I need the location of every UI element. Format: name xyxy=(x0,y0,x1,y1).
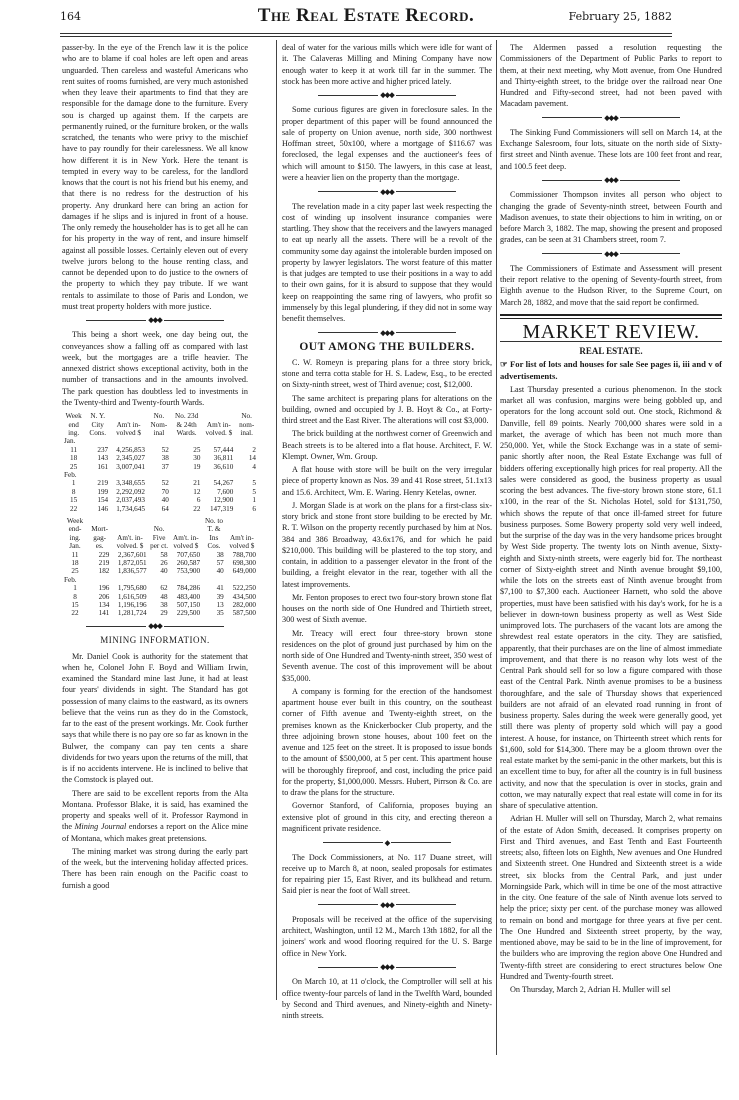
table-cell: 14 xyxy=(235,454,258,462)
table-header: Am't in- volved $ xyxy=(110,412,147,437)
month-label: Jan. xyxy=(62,437,85,445)
table-row: 11961,795,68062784,28641522,250 xyxy=(62,584,258,592)
table-row: 251821,836,57740753,90040649,000 xyxy=(62,567,258,575)
table-cell: 12,900 xyxy=(202,496,235,504)
column-left: passer-by. In the eye of the French law … xyxy=(62,42,248,893)
table-cell: 7,600 xyxy=(202,488,235,496)
article-paragraph: The brick building at the northwest corn… xyxy=(282,428,492,462)
table-cell: 206 xyxy=(88,593,111,601)
section-divider: ◆◆◆ xyxy=(500,114,722,122)
table-header: Am't in- volved $ xyxy=(226,517,258,551)
article-paragraph: Mr. Treacy will erect four three-story b… xyxy=(282,628,492,684)
table-cell: 434,500 xyxy=(226,593,258,601)
table-cell: 507,150 xyxy=(170,601,203,609)
section-divider: ◆◆◆ xyxy=(282,91,492,99)
table-cell: 19 xyxy=(171,463,203,471)
table-cell: 788,700 xyxy=(226,551,258,559)
month-label: Feb. xyxy=(62,471,85,479)
table-cell: 48 xyxy=(149,593,170,601)
table-cell: 229 xyxy=(88,551,111,559)
table-cell: 219 xyxy=(88,559,111,567)
table-cell: 784,286 xyxy=(170,584,203,592)
table-cell: 5 xyxy=(235,479,258,487)
section-divider: ◆◆◆ xyxy=(500,250,722,258)
article-paragraph: The Dock Commissioners, at No. 117 Duane… xyxy=(282,852,492,897)
table-cell: 1,616,509 xyxy=(111,593,148,601)
article-paragraph: passer-by. In the eye of the French law … xyxy=(62,42,248,312)
table-cell: 698,300 xyxy=(226,559,258,567)
article-paragraph: J. Morgan Slade is at work on the plans … xyxy=(282,500,492,590)
table-cell: 38 xyxy=(149,601,170,609)
table-cell: 707,650 xyxy=(170,551,203,559)
article-paragraph: Governor Stanford, of California, propos… xyxy=(282,800,492,834)
article-paragraph: The Sinking Fund Commissioners will sell… xyxy=(500,127,722,172)
table-cell: 3,007,041 xyxy=(110,463,147,471)
table-cell: 3,348,655 xyxy=(110,479,147,487)
table-cell: 282,000 xyxy=(226,601,258,609)
issue-date: February 25, 1882 xyxy=(569,10,672,23)
table-cell: 2,292,092 xyxy=(110,488,147,496)
table-header: No. nom- inal. xyxy=(235,412,258,437)
table-cell: 40 xyxy=(202,567,226,575)
table-cell: 29 xyxy=(149,609,170,617)
table-cell: 587,500 xyxy=(226,609,258,617)
article-paragraph: A company is forming for the erection of… xyxy=(282,686,492,799)
table-cell: 57 xyxy=(202,559,226,567)
table-cell: 483,400 xyxy=(170,593,203,601)
month-label: Feb. xyxy=(62,576,88,584)
table-row: 251613,007,041371936,6104 xyxy=(62,463,258,471)
table-header: Am't. in- volved. $ xyxy=(111,517,148,551)
table-cell: 5 xyxy=(235,488,258,496)
table-cell: 40 xyxy=(149,567,170,575)
table-header: Week end ing. xyxy=(62,412,85,437)
section-divider: ◆◆◆ xyxy=(282,963,492,971)
section-heading-mining: MINING INFORMATION. xyxy=(62,635,248,646)
table-cell: 1,836,577 xyxy=(111,567,148,575)
table-cell: 6 xyxy=(171,496,203,504)
table-cell: 161 xyxy=(85,463,110,471)
advertisement-note: ☞ For list of lots and houses for sale S… xyxy=(500,359,722,382)
table-cell: 143 xyxy=(85,454,110,462)
table-cell: 753,900 xyxy=(170,567,203,575)
conveyances-table: Week end ing. N. Y. City Cons. Am't in- … xyxy=(62,412,258,513)
table-cell: 1,872,051 xyxy=(111,559,148,567)
table-row: 182191,872,05126260,58757698,300 xyxy=(62,559,258,567)
table-cell: 70 xyxy=(147,488,171,496)
subheading-real-estate: REAL ESTATE. xyxy=(500,346,722,357)
table-cell: 15 xyxy=(62,496,85,504)
table-cell: 25 xyxy=(171,446,203,454)
table-cell: 26 xyxy=(149,559,170,567)
table-header: Week end- ing. Jan. xyxy=(62,517,88,551)
table-cell: 38 xyxy=(202,551,226,559)
table-cell: 4,256,853 xyxy=(110,446,147,454)
column-right: The Aldermen passed a resolution request… xyxy=(500,42,722,997)
table-cell: 62 xyxy=(149,584,170,592)
table-cell: 1,281,724 xyxy=(111,609,148,617)
month-label-row: Feb. xyxy=(62,576,258,584)
table-row: 81992,292,09270127,6005 xyxy=(62,488,258,496)
table-cell: 1,196,196 xyxy=(111,601,148,609)
section-divider: ◆◆◆ xyxy=(62,622,248,630)
table-row: 12193,348,655522154,2675 xyxy=(62,479,258,487)
article-paragraph: Some curious figures are given in forecl… xyxy=(282,104,492,183)
table-cell: 57,444 xyxy=(202,446,235,454)
article-paragraph: The Aldermen passed a resolution request… xyxy=(500,42,722,110)
table-cell: 146 xyxy=(85,505,110,513)
table-cell: 2 xyxy=(235,446,258,454)
table-cell: 11 xyxy=(62,551,88,559)
table-cell: 182 xyxy=(88,567,111,575)
table-cell: 147,319 xyxy=(202,505,235,513)
table-cell: 22 xyxy=(171,505,203,513)
article-paragraph: The mining market was strong during the … xyxy=(62,846,248,891)
table-header: No. to T. & Ins Cos. xyxy=(202,517,226,551)
table-cell: 64 xyxy=(147,505,171,513)
table-cell: 237 xyxy=(85,446,110,454)
table-row: 151542,037,49340612,9001 xyxy=(62,496,258,504)
table-cell: 25 xyxy=(62,463,85,471)
table-cell: 18 xyxy=(62,559,88,567)
table-header: Am't. in- volved $ xyxy=(170,517,203,551)
table-cell: 30 xyxy=(171,454,203,462)
table-cell: 37 xyxy=(147,463,171,471)
article-paragraph: Last Thursday presented a curious phenom… xyxy=(500,384,722,812)
section-divider: ◆◆◆ xyxy=(282,187,492,195)
section-divider: ◆◆◆ xyxy=(500,176,722,184)
table-row: 221461,734,6456422147,3196 xyxy=(62,505,258,513)
table-cell: 8 xyxy=(62,488,85,496)
table-cell: 21 xyxy=(171,479,203,487)
table-cell: 1 xyxy=(62,584,88,592)
publication-title: Mining Journal xyxy=(75,822,127,831)
table-cell: 25 xyxy=(62,567,88,575)
masthead-rule xyxy=(60,33,672,37)
mortgages-table: Week end- ing. Jan. Mort- gag- es. Am't.… xyxy=(62,517,258,618)
table-cell: 22 xyxy=(62,505,85,513)
table-cell: 1,734,645 xyxy=(110,505,147,513)
article-paragraph: The Commissioners of Estimate and Assess… xyxy=(500,263,722,308)
table-header: N. Y. City Cons. xyxy=(85,412,110,437)
table-cell: 35 xyxy=(202,609,226,617)
table-header: No. 23d & 24th Wards. xyxy=(171,412,203,437)
section-divider: ◆◆◆ xyxy=(62,316,248,324)
table-cell: 2,367,601 xyxy=(111,551,148,559)
section-divider: ◆◆◆ xyxy=(282,901,492,909)
table-cell: 260,587 xyxy=(170,559,203,567)
table-cell: 1,795,680 xyxy=(111,584,148,592)
section-rule xyxy=(500,314,722,319)
table-cell: 36,610 xyxy=(202,463,235,471)
article-paragraph: On March 10, at 11 o'clock, the Comptrol… xyxy=(282,976,492,1021)
table-cell: 22 xyxy=(62,609,88,617)
table-header: No. Five per ct. xyxy=(149,517,170,551)
table-header: Am't in- volved. $ xyxy=(202,412,235,437)
article-paragraph: On Thursday, March 2, Adrian H. Muller w… xyxy=(500,984,722,995)
month-label-row: Jan. xyxy=(62,437,258,445)
article-paragraph: A flat house with store will be built on… xyxy=(282,464,492,498)
table-cell: 1 xyxy=(62,479,85,487)
pointing-hand-icon: ☞ xyxy=(500,359,508,369)
table-cell: 52 xyxy=(147,446,171,454)
article-paragraph: This being a short week, one day being o… xyxy=(62,329,248,408)
table-cell: 4 xyxy=(235,463,258,471)
article-paragraph: Proposals will be received at the office… xyxy=(282,914,492,959)
article-paragraph: Commissioner Thompson invites all person… xyxy=(500,189,722,245)
table-row: 181432,345,027383036,81114 xyxy=(62,454,258,462)
article-paragraph: deal of water for the various mills whic… xyxy=(282,42,492,87)
article-paragraph: The same architect is preparing plans fo… xyxy=(282,393,492,427)
table-cell: 40 xyxy=(147,496,171,504)
table-row: 112292,367,60158707,65038788,700 xyxy=(62,551,258,559)
table-cell: 8 xyxy=(62,593,88,601)
table-cell: 38 xyxy=(147,454,171,462)
table-row: 82061,616,50948483,40039434,500 xyxy=(62,593,258,601)
table-cell: 199 xyxy=(85,488,110,496)
table-cell: 649,000 xyxy=(226,567,258,575)
table-cell: 52 xyxy=(147,479,171,487)
article-paragraph: C. W. Romeyn is preparing plans for a th… xyxy=(282,357,492,391)
table-cell: 134 xyxy=(88,601,111,609)
section-divider: ◆ xyxy=(282,838,492,846)
table-cell: 2,345,027 xyxy=(110,454,147,462)
table-cell: 196 xyxy=(88,584,111,592)
table-header: No. Nom- inal xyxy=(147,412,171,437)
table-cell: 229,500 xyxy=(170,609,203,617)
table-cell: 2,037,493 xyxy=(110,496,147,504)
table-row: 112374,256,853522557,4442 xyxy=(62,446,258,454)
table-header: Mort- gag- es. xyxy=(88,517,111,551)
table-cell: 1 xyxy=(235,496,258,504)
section-heading-builders: OUT AMONG THE BUILDERS. xyxy=(282,342,492,353)
table-cell: 12 xyxy=(171,488,203,496)
ad-note-text: For list of lots and houses for sale See… xyxy=(500,359,722,380)
table-row: 221411,281,72429229,50035587,500 xyxy=(62,609,258,617)
table-cell: 54,267 xyxy=(202,479,235,487)
column-divider xyxy=(496,40,497,1055)
article-paragraph: Mr. Daniel Cook is authority for the sta… xyxy=(62,651,248,786)
table-cell: 522,250 xyxy=(226,584,258,592)
table-cell: 41 xyxy=(202,584,226,592)
article-paragraph: Mr. Fenton proposes to erect two four-st… xyxy=(282,592,492,626)
month-label-row: Feb. xyxy=(62,471,258,479)
table-row: 151341,196,19638507,15013282,000 xyxy=(62,601,258,609)
column-middle: deal of water for the various mills whic… xyxy=(282,42,492,1023)
table-cell: 11 xyxy=(62,446,85,454)
table-cell: 6 xyxy=(235,505,258,513)
table-cell: 18 xyxy=(62,454,85,462)
table-cell: 15 xyxy=(62,601,88,609)
table-cell: 219 xyxy=(85,479,110,487)
table-cell: 13 xyxy=(202,601,226,609)
article-paragraph: There are said to be excellent reports f… xyxy=(62,788,248,844)
masthead: 164 The Real Estate Record. February 25,… xyxy=(60,5,672,27)
column-divider xyxy=(276,40,277,1000)
article-paragraph: Adrian H. Muller will sell on Thursday, … xyxy=(500,813,722,982)
article-paragraph: The revelation made in a city paper last… xyxy=(282,201,492,325)
table-cell: 36,811 xyxy=(202,454,235,462)
section-divider: ◆◆◆ xyxy=(282,328,492,336)
section-heading-market-review: MARKET REVIEW. xyxy=(500,327,722,338)
table-cell: 141 xyxy=(88,609,111,617)
table-cell: 58 xyxy=(149,551,170,559)
table-cell: 154 xyxy=(85,496,110,504)
table-cell: 39 xyxy=(202,593,226,601)
